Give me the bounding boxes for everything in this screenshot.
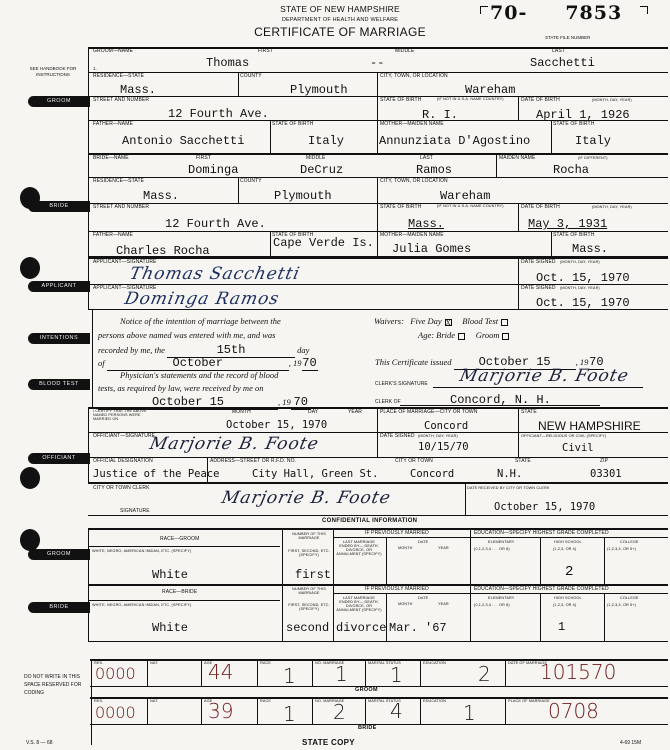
label-mdy: (MONTH, DAY, YEAR)	[560, 260, 600, 264]
coding-header: NAT.	[150, 699, 158, 703]
officiant-city: Concord	[410, 468, 454, 480]
rule	[88, 203, 668, 204]
label-first: FIRST	[258, 48, 273, 54]
label-date-signed: DATE SIGNED	[521, 285, 556, 291]
tab-blood-test: BLOOD TEST	[28, 379, 90, 390]
bride-mother-maiden: Julia Gomes	[392, 242, 471, 256]
label-date-received: DATE RECEIVED BY CITY OR TOWN CLERK	[467, 486, 549, 490]
header-department: DEPARTMENT OF HEALTH AND WELFARE	[250, 17, 430, 23]
coding-bride-res: 0000	[95, 703, 136, 722]
divider	[365, 697, 366, 724]
divider	[147, 697, 148, 724]
label-date: DATE	[418, 596, 428, 600]
divider	[505, 697, 506, 724]
label-first-second: FIRST, SECOND, ETC. (SPECIFY)	[288, 603, 330, 611]
label-first-second: FIRST, SECOND, ETC. (SPECIFY)	[288, 549, 330, 557]
divider	[377, 203, 378, 231]
label-groom-name: GROOM—NAME	[93, 48, 133, 54]
label-dob: DATE OF BIRTH	[521, 97, 560, 103]
rule	[88, 72, 668, 73]
year-prefix: , 19	[289, 358, 302, 368]
bride-father-birth: Cape Verde Is.	[273, 236, 374, 250]
age-bride-label: Bride	[436, 330, 455, 340]
divider	[257, 659, 258, 686]
bride-date-of-birth: May 3, 1931	[528, 217, 607, 231]
officiant-state: N.H.	[497, 468, 522, 480]
issued-label: This Certificate issued	[375, 357, 452, 367]
blood-test-checkbox[interactable]	[501, 319, 508, 326]
bride-last-marriage-date: Mar. '67	[389, 621, 447, 635]
coding-groom-res: 0000	[95, 664, 136, 683]
bride-applicant-date: Oct. 15, 1970	[536, 296, 630, 310]
marriage-place: Concord	[424, 420, 468, 432]
label-day: DAY	[308, 409, 318, 415]
label-mother-birth: STATE OF BIRTH	[553, 232, 594, 238]
label-city-or-town: CITY OR TOWN	[395, 458, 433, 464]
page-title: CERTIFICATE OF MARRIAGE	[230, 25, 450, 39]
label-middle: MIDDLE	[395, 48, 415, 54]
corner-mark-right	[640, 6, 648, 14]
label-number-marriage: NUMBER OF THIS MARRIAGE	[288, 587, 330, 595]
bride-applicant-signature: Dominga Ramos	[123, 289, 281, 309]
groom-race: White	[152, 568, 188, 582]
bride-last-marriage-ended: divorce	[336, 621, 386, 635]
label-mdy: (MONTH, DAY, YEAR)	[560, 286, 600, 290]
label-year: YEAR	[438, 602, 449, 606]
divider	[518, 96, 519, 120]
tab-bride: BRIDE	[28, 201, 90, 212]
label-town-clerk: CITY OR TOWN CLERK	[93, 485, 150, 491]
label-college-hint: (1,2,3,4, OR 5+)	[607, 603, 636, 607]
divider	[496, 153, 497, 177]
binder-hole	[20, 529, 40, 551]
state-copy-label: STATE COPY	[302, 738, 355, 747]
divider	[282, 584, 283, 642]
divider	[420, 697, 421, 724]
clerk-of-town: Concord, N. H.	[450, 393, 551, 407]
divider	[518, 203, 519, 231]
rule	[88, 284, 668, 285]
coding-note: DO NOT WRITE IN THIS SPACE RESERVED FOR …	[24, 673, 82, 697]
intention-month: October	[107, 356, 289, 371]
tab-officiant: OFFICIANT	[28, 453, 90, 464]
label-middle: MIDDLE	[306, 155, 326, 161]
tab-applicant: APPLICANT	[28, 281, 90, 292]
divider	[91, 659, 92, 745]
rule	[88, 515, 668, 516]
coding-header: NAT.	[150, 661, 158, 665]
print-code: 4-69 15M	[620, 740, 641, 746]
coding-bride-marital: 4	[390, 699, 403, 723]
divider	[470, 528, 471, 585]
groom-first-name: Thomas	[206, 56, 249, 70]
groom-residence-state: Mass.	[120, 83, 156, 97]
confidential-heading: CONFIDENTIAL INFORMATION	[322, 518, 417, 524]
blood-text-2: tests, as required by law, were received…	[98, 383, 263, 393]
label-bride-name: BRIDE—NAME	[93, 155, 129, 161]
intention-year: 70	[302, 356, 318, 371]
rule	[88, 546, 280, 547]
label-elementary: ELEMENTARY	[488, 596, 514, 600]
divider	[282, 528, 283, 585]
divider	[420, 659, 421, 686]
divider	[505, 659, 506, 686]
label-maiden-name: MAIDEN NAME	[499, 155, 535, 161]
header-state: STATE OF NEW HAMPSHIRE	[250, 4, 430, 14]
label-mdy: (MONTH, DAY, YEAR)	[592, 205, 632, 209]
label-last-marriage-ended: LAST MARRIAGE ENDED BY— DEATH, DIVORCE, …	[336, 540, 382, 556]
label-city: CITY, TOWN, OR LOCATION	[380, 178, 448, 184]
label-mdy: (MONTH, DAY, YEAR)	[592, 98, 632, 102]
marriage-date: October 15, 1970	[226, 419, 327, 431]
label-state-of-birth: STATE OF BIRTH	[380, 97, 421, 103]
divider	[377, 231, 378, 257]
five-day-label: Five Day	[410, 316, 441, 326]
divider	[270, 231, 271, 257]
divider	[386, 593, 387, 642]
file-number-value: 7853	[565, 2, 622, 24]
label-high-school-hint: (1,2,3, OR 4)	[553, 603, 576, 607]
divider	[92, 310, 93, 407]
label-signature: SIGNATURE	[120, 508, 150, 514]
label-zip: ZIP	[600, 458, 608, 464]
officiant-address: City Hall, Green St.	[252, 468, 378, 480]
bride-city: Wareham	[440, 189, 490, 203]
groom-middle-name: --	[370, 56, 384, 70]
label-education: EDUCATION—SPECIFY HIGHEST GRADE COMPLETE…	[474, 530, 609, 536]
groom-applicant-signature: Thomas Sacchetti	[128, 264, 302, 284]
rule	[333, 537, 668, 538]
label-state: STATE	[515, 458, 531, 464]
label-date-signed: DATE SIGNED	[521, 259, 556, 265]
label-last: LAST	[420, 155, 433, 161]
label-residence-state: RESIDENCE—STATE	[93, 178, 144, 184]
age-label: Age:	[418, 330, 434, 340]
label-mother-maiden: MOTHER—MAIDEN NAME	[380, 232, 444, 238]
divider	[257, 697, 258, 724]
coding-header: EDUCATION	[423, 661, 446, 665]
rule	[333, 593, 668, 594]
clerk-signature-label: CLERK'S SIGNATURE	[375, 381, 428, 387]
coding-groom-race: 1	[283, 664, 296, 688]
bride-county: Plymouth	[274, 189, 332, 203]
divider	[377, 96, 378, 120]
bride-father-name: Charles Rocha	[116, 244, 210, 258]
groom-county: Plymouth	[290, 83, 348, 97]
tab-intentions: INTENTIONS	[28, 333, 90, 344]
coding-groom-marriages: 1	[335, 662, 348, 686]
groom-street: 12 Fourth Ave.	[168, 107, 269, 121]
rule	[88, 177, 668, 178]
file-number-label: STATE FILE NUMBER	[545, 35, 590, 40]
waivers-row: Waivers: Five DayX Blood Test	[374, 316, 508, 326]
clerk-of-label: CLERK OF	[375, 399, 401, 405]
groom-father-name: Antonio Sacchetti	[122, 134, 244, 148]
marriage-certificate: STATE OF NEW HAMPSHIRE DEPARTMENT OF HEA…	[0, 0, 670, 750]
bride-first-name: Dominga	[188, 163, 238, 177]
divider	[238, 177, 239, 203]
label-if-not-usa: (IF NOT IN U.S.A. NAME COUNTRY)	[437, 204, 504, 208]
label-dob: DATE OF BIRTH	[521, 204, 560, 210]
label-education: EDUCATION—SPECIFY HIGHEST GRADE COMPLETE…	[474, 586, 609, 592]
bride-marriage-number: second	[286, 621, 329, 635]
divider	[365, 659, 366, 686]
official-designation: Justice of the Peace	[93, 468, 219, 480]
coding-bride-marriages: 2	[333, 700, 346, 724]
rule	[90, 686, 668, 687]
label-number-marriage: NUMBER OF THIS MARRIAGE	[288, 532, 330, 540]
form-number: V.S. 8 — 68	[26, 740, 53, 746]
groom-marriage-number: first	[295, 568, 331, 582]
coding-groom-age: 44	[208, 660, 233, 684]
divider	[540, 537, 541, 585]
bride-residence-state: Mass.	[143, 189, 179, 203]
officiant-type: Civil	[562, 442, 594, 454]
groom-father-birth: Italy	[308, 134, 344, 148]
recorded-by-label: recorded by me, the	[98, 345, 165, 355]
divider	[312, 697, 313, 724]
waivers-label: Waivers:	[374, 316, 404, 326]
officiant-signature: Marjorie B. Foote	[148, 434, 321, 454]
divider	[270, 120, 271, 153]
label-if-prev-married: IF PREVIOUSLY MARRIED	[365, 586, 429, 592]
label-residence-state: RESIDENCE—STATE	[93, 73, 144, 79]
label-month: MONTH	[398, 602, 412, 606]
coding-bride-place: 0708	[548, 699, 599, 723]
label-father-name: FATHER—NAME	[93, 121, 133, 127]
label-place-of-marriage: PLACE OF MARRIAGE—CITY OR TOWN	[380, 409, 477, 415]
age-bride-checkbox[interactable]	[458, 333, 465, 340]
file-number-prefix: 70-	[490, 2, 527, 24]
label-race-hint: WHITE, NEGRO, AMERICAN INDIAN, ETC. (SPE…	[92, 549, 191, 553]
handbook-note: SEE HANDBOOK FOR INSTRUCTIONS	[18, 66, 88, 78]
label-date: DATE	[418, 540, 428, 544]
label-year: YEAR	[348, 409, 362, 415]
age-row: Age: Bride Groom	[418, 330, 509, 340]
divider	[238, 72, 239, 96]
label-high-school-hint: (1,2,3, OR 4)	[553, 547, 576, 551]
label-elementary-hint: (0,1,2,3,4 . . . OR 8)	[474, 547, 510, 551]
label-mdy: (MONTH, DAY, YEAR)	[418, 434, 458, 438]
tab-bride-confidential: BRIDE	[28, 602, 90, 613]
divider	[377, 120, 378, 153]
bride-high-school: 1	[558, 620, 565, 634]
binder-hole	[20, 467, 40, 489]
bride-state-of-birth: Mass.	[408, 217, 444, 231]
label-state-of-birth: STATE OF BIRTH	[380, 204, 421, 210]
groom-city: Wareham	[465, 83, 515, 97]
divider	[386, 537, 387, 585]
label-county: COUNTY	[240, 178, 262, 184]
binder-hole	[20, 257, 40, 279]
marriage-state: NEW HAMPSHIRE	[538, 419, 641, 433]
bride-middle-name: DeCruz	[300, 163, 343, 177]
coding-header: PLACE OF MARRIAGE	[508, 699, 550, 703]
divider	[201, 659, 202, 686]
label-street: STREET AND NUMBER	[93, 204, 149, 210]
officiant-zip: 03301	[590, 468, 622, 480]
label-month: MONTH	[398, 546, 412, 550]
bride-maiden-name: Rocha	[553, 163, 589, 177]
divider	[551, 120, 552, 153]
town-clerk-signature: Marjorie B. Foote	[220, 488, 393, 508]
label-race-bride: RACE—BRIDE	[162, 589, 197, 595]
rule	[88, 457, 668, 458]
label-college-hint: (1,2,3,4, OR 5+)	[607, 547, 636, 551]
label-official-designation: OFFICIAL DESIGNATION	[93, 458, 153, 464]
blood-text-1: Physician's statements and the record of…	[120, 370, 278, 380]
day-label: day	[297, 345, 309, 355]
tab-groom: GROOM	[28, 96, 90, 107]
bride-last-name: Ramos	[416, 163, 452, 177]
label-year: YEAR	[438, 546, 449, 550]
coding-bride-race: 1	[283, 702, 296, 726]
label-officiant-type: OFFICIANT—RELIGIOUS OR CIVIL (SPECIFY)	[521, 434, 606, 438]
coding-bride-education: 1	[463, 701, 476, 725]
label-if-different: (IF DIFFERENT)	[578, 156, 608, 160]
label-first: FIRST	[196, 155, 211, 161]
coding-groom-marital: 1	[390, 663, 403, 687]
label-elementary-hint: (0,1,2,3,4 . . . OR 8)	[474, 603, 510, 607]
signature-line	[433, 387, 643, 388]
divider	[377, 177, 378, 203]
label-race-groom: RACE—GROOM	[160, 536, 199, 542]
rule	[88, 432, 668, 433]
divider	[551, 231, 552, 257]
coding-groom-education: 2	[478, 662, 491, 686]
label-college: COLLEGE	[620, 540, 639, 544]
divider	[465, 483, 466, 515]
divider	[604, 537, 605, 585]
divider	[201, 697, 202, 724]
intentions-text-2: persons above named was entered with me,…	[98, 330, 275, 340]
officiant-date-signed: 10/15/70	[418, 441, 469, 453]
corner-mark-left	[480, 6, 488, 14]
intentions-text-1: Notice of the intention of marriage betw…	[120, 316, 281, 326]
label-certify: I CERTIFY THAT THE ABOVE NAMED PERSONS W…	[93, 409, 148, 421]
rule	[88, 96, 668, 97]
intentions-text-4: of October, 1970	[98, 356, 318, 371]
label-elementary: ELEMENTARY	[488, 540, 514, 544]
five-day-checkbox[interactable]: X	[445, 319, 452, 326]
bride-race: White	[152, 621, 188, 635]
date-received: October 15, 1970	[494, 501, 595, 513]
label-last-marriage-ended: LAST MARRIAGE ENDED BY— DEATH, DIVORCE, …	[336, 596, 382, 612]
blood-test-label: Blood Test	[462, 316, 498, 326]
label-mother-birth: STATE OF BIRTH	[553, 121, 594, 127]
rule	[88, 483, 668, 484]
label-father-name: FATHER—NAME	[93, 232, 133, 238]
groom-last-name: Sacchetti	[530, 56, 595, 70]
label-month: MONTH	[232, 409, 251, 415]
divider	[470, 584, 471, 642]
label-race-hint: WHITE, NEGRO, AMERICAN INDIAN, ETC. (SPE…	[92, 603, 191, 607]
bride-mother-birth: Mass.	[572, 242, 608, 256]
divider	[312, 659, 313, 686]
groom-applicant-date: Oct. 15, 1970	[536, 271, 630, 285]
state-file-number: 70-7853	[490, 2, 622, 24]
clerk-signature: Marjorie B. Foote	[458, 366, 631, 386]
label-state: STATE	[521, 409, 537, 415]
label-college: COLLEGE	[620, 596, 639, 600]
label-high-school: HIGH SCHOOL	[554, 596, 582, 600]
label-if-not-usa: (IF NOT IN U.S.A. NAME COUNTRY)	[437, 97, 504, 101]
label-address: ADDRESS—STREET OR R.F.D. NO.	[210, 458, 296, 464]
label-if-prev-married: IF PREVIOUSLY MARRIED	[365, 530, 429, 536]
label-officiant-signature: OFFICIANT—SIGNATURE	[93, 433, 155, 439]
coding-header: RACE	[260, 699, 271, 703]
divider	[604, 593, 605, 642]
coding-groom-label: GROOM	[355, 687, 378, 693]
label-last: LAST	[552, 48, 565, 54]
bride-street: 12 Fourth Ave.	[165, 217, 266, 231]
rule	[90, 724, 668, 725]
of-label: of	[98, 358, 105, 368]
label-father-birth: STATE OF BIRTH	[272, 121, 313, 127]
coding-bride-label: BRIDE	[358, 725, 377, 731]
divider	[540, 593, 541, 642]
label-high-school: HIGH SCHOOL	[554, 540, 582, 544]
groom-high-school: 2	[565, 564, 573, 580]
coding-groom-date: 101570	[540, 660, 616, 684]
divider	[147, 659, 148, 686]
coding-header: EDUCATION	[423, 699, 446, 703]
coding-bride-age: 39	[208, 699, 233, 723]
coding-header: RACE	[260, 661, 271, 665]
label-street: STREET AND NUMBER	[93, 97, 149, 103]
tab-groom-confidential: GROOM	[28, 549, 90, 560]
label-date-signed: DATE SIGNED	[380, 433, 415, 439]
groom-mother-birth: Italy	[575, 134, 611, 148]
divider	[377, 72, 378, 96]
label-mother-maiden: MOTHER—MAIDEN NAME	[380, 121, 444, 127]
groom-mother-maiden: Annunziata D'Agostino	[379, 134, 530, 148]
label-county: COUNTY	[240, 73, 262, 79]
label-city: CITY, TOWN, OR LOCATION	[380, 73, 448, 79]
rule	[88, 600, 280, 601]
age-groom-label: Groom	[476, 330, 500, 340]
age-groom-checkbox[interactable]	[502, 333, 509, 340]
field-number: 1.	[93, 66, 97, 71]
